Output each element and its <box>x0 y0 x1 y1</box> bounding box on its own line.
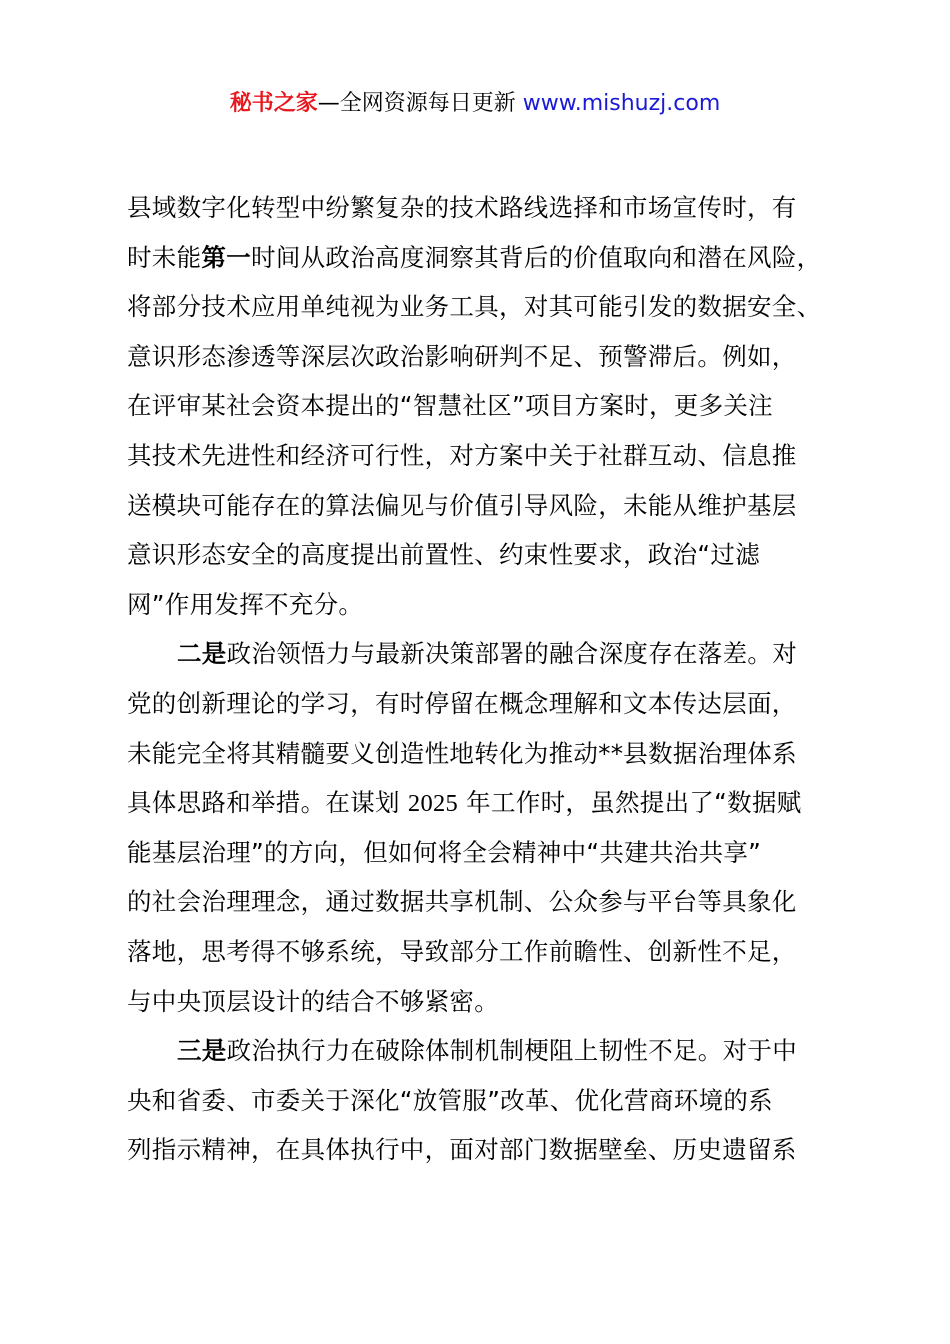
text-line: 三是政治执行力在破除体制机制梗阻上韧性不足。对于中 <box>127 1026 837 1076</box>
document-body: 县域数字化转型中纷繁复杂的技术路线选择和市场宣传时，有 时未能第一时间从政治高度… <box>127 183 837 1175</box>
text-line: 将部分技术应用单纯视为业务工具，对其可能引发的数据安全、 <box>127 282 837 332</box>
paragraph-lead: 二是 <box>177 639 227 668</box>
text-line: 具体思路和举措。在谋划 2025 年工作时，虽然提出了“数据赋 <box>127 778 837 828</box>
text-segment: 具体思路和举措。在谋划 <box>127 788 408 817</box>
brand-name: 秘书之家 <box>230 91 318 116</box>
text-line: 送模块可能存在的算法偏见与价值引导风险，未能从维护基层 <box>127 481 837 531</box>
text-segment: 年工作时，虽然提出了“数据赋 <box>458 788 801 817</box>
text-line: 意识形态安全的高度提出前置性、约束性要求，政治“过滤 <box>127 530 837 580</box>
text-line: 央和省委、市委关于深化“放管服”改革、优化营商环境的系 <box>127 1076 837 1126</box>
text-line: 时未能第一时间从政治高度洞察其背后的价值取向和潜在风险， <box>127 233 837 283</box>
paragraph-3: 三是政治执行力在破除体制机制梗阻上韧性不足。对于中 央和省委、市委关于深化“放管… <box>127 1026 837 1175</box>
year-number: 2025 <box>408 790 458 817</box>
text-segment: 时未能 <box>127 243 201 272</box>
text-line: 未能完全将其精髓要义创造性地转化为推动**县数据治理体系 <box>127 729 837 779</box>
text-line: 党的创新理论的学习，有时停留在概念理解和文本传达层面， <box>127 679 837 729</box>
text-line: 能基层治理”的方向，但如何将全会精神中“共建共治共享” <box>127 828 837 878</box>
text-line: 的社会治理理念，通过数据共享机制、公众参与平台等具象化 <box>127 877 837 927</box>
emphasis-first: 第一 <box>201 243 251 272</box>
text-line: 其技术先进性和经济可行性，对方案中关于社群互动、信息推 <box>127 431 837 481</box>
paragraph-2: 二是政治领悟力与最新决策部署的融合深度存在落差。对 党的创新理论的学习，有时停留… <box>127 629 837 1026</box>
text-line: 与中央顶层设计的结合不够紧密。 <box>127 977 837 1027</box>
text-line: 二是政治领悟力与最新决策部署的融合深度存在落差。对 <box>127 629 837 679</box>
site-link[interactable]: www.mishuzj.com <box>523 91 720 116</box>
text-segment: 政治执行力在破除体制机制梗阻上韧性不足。对于中 <box>227 1036 797 1065</box>
text-line: 县域数字化转型中纷繁复杂的技术路线选择和市场宣传时，有 <box>127 183 837 233</box>
text-segment: 时间从政治高度洞察其背后的价值取向和潜在风险， <box>251 243 821 272</box>
header-tagline: —全网资源每日更新 <box>318 91 523 116</box>
text-line: 意识形态渗透等深层次政治影响研判不足、预警滞后。例如， <box>127 332 837 382</box>
site-header: 秘书之家—全网资源每日更新 www.mishuzj.com <box>0 88 950 120</box>
paragraph-lead: 三是 <box>177 1036 227 1065</box>
paragraph-1: 县域数字化转型中纷繁复杂的技术路线选择和市场宣传时，有 时未能第一时间从政治高度… <box>127 183 837 629</box>
text-segment: 政治领悟力与最新决策部署的融合深度存在落差。对 <box>227 639 797 668</box>
text-line: 网”作用发挥不充分。 <box>127 580 837 630</box>
text-line: 列指示精神，在具体执行中，面对部门数据壁垒、历史遗留系 <box>127 1125 837 1175</box>
text-line: 落地，思考得不够系统，导致部分工作前瞻性、创新性不足， <box>127 927 837 977</box>
text-line: 在评审某社会资本提出的“智慧社区”项目方案时，更多关注 <box>127 381 837 431</box>
